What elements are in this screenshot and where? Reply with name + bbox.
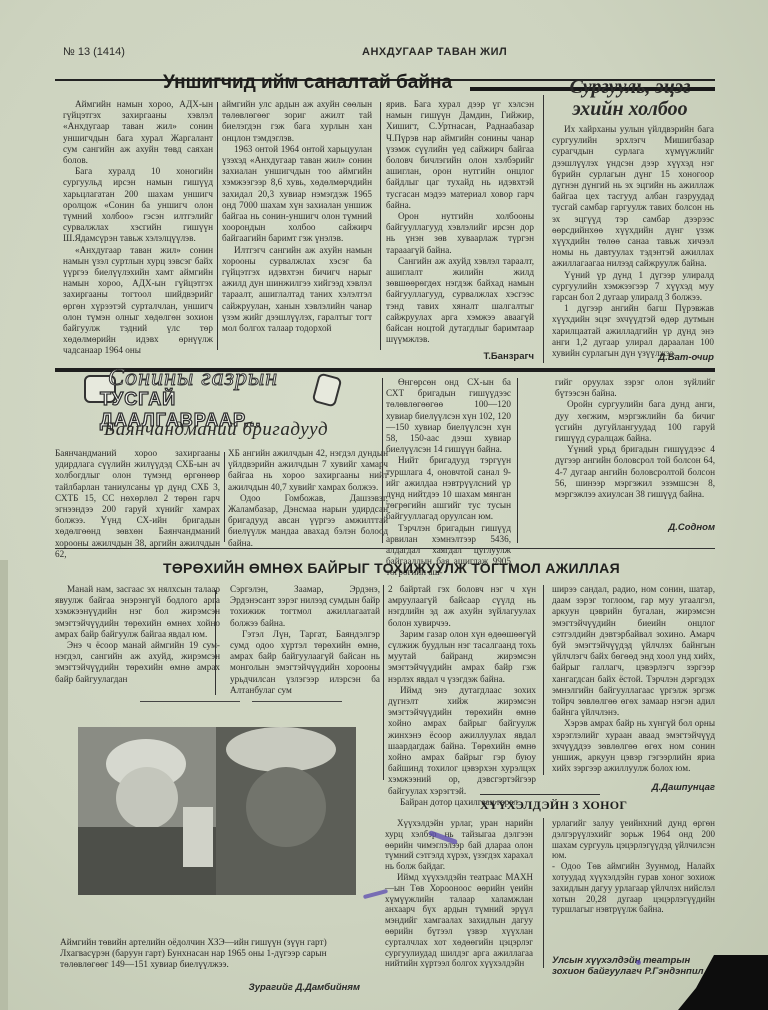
photo-seamstress-right [216, 727, 356, 895]
page-edge [0, 560, 8, 1010]
paragraph: Гэтэл Лүн, Таргат, Баяндэлгэр сумд одоо … [230, 629, 380, 696]
signature-children: Улсын хүүхэлдэйн театрын зохион байгуула… [552, 955, 715, 977]
paragraph: Үүний үр дүнд 1 дүгээр улиралд сургуулий… [552, 270, 714, 304]
newspaper-page: № 13 (1414) АНХДУГААР ТАВАН ЖИЛ Уншигчид… [0, 0, 768, 1010]
children-column-2: урлагийг залуу үеийнхний дунд өргөн дэлг… [552, 818, 715, 915]
column-divider [215, 590, 216, 695]
column-divider [380, 102, 381, 350]
column-divider [383, 585, 384, 780]
maternity-column-4: ширээ сандал, радио, ном сонин, шатар, д… [552, 584, 715, 774]
section-rule [55, 548, 715, 549]
brigade-column-2: ХБ ангийн ажилчдын 42, нэгдэл дундын үйл… [228, 448, 388, 549]
column-divider [543, 585, 544, 775]
headline-line: Сургууль, эцэг [545, 76, 715, 98]
headline-line: эхийн холбоо [545, 98, 715, 120]
headline-children: ХҮҮХЭЛДЭЙН 3 ХОНОГ [480, 798, 627, 813]
paragraph: Зарим газар олон хүн өдөөшөөгүй сүлжиж б… [388, 629, 536, 685]
section-rule [480, 794, 600, 795]
maternity-column-1: Манай нам, засгаас эх нялхсын талаар яву… [55, 584, 220, 685]
headline-maternity: ТӨРӨХИЙН ӨМНӨХ БАЙРЫГ ТОХИЖУУЛЖ ТОГТМОЛ … [163, 560, 620, 576]
signature-school: Д.Бат-очир [552, 352, 714, 363]
banner-script-text: Сонины газрын [108, 365, 278, 392]
paragraph: гийг оруулах зэрэг олон зүйлийг бүтээсэн… [555, 377, 715, 399]
issue-number: № 13 (1414) [63, 46, 125, 58]
column-divider [543, 818, 544, 968]
paragraph: «Анхдугаар таван жил» сонин намын үзэл с… [63, 245, 213, 357]
paragraph: Манай нам, засгаас эх нялхсын талаар яву… [55, 584, 220, 640]
paragraph: Үүний урьд бригадын гишүүдээс 4 дүгээр а… [555, 444, 715, 500]
paragraph: 2 байртай гэх боловч нэг ч хүн амруулааг… [388, 584, 536, 629]
paragraph: Хүүхэлдэйн урлаг, уран нарийн хурц хэлбэ… [385, 818, 533, 872]
machine-part [183, 807, 213, 867]
readers-column-1: Аймгийн намын хороо, АДХ-ын гүйцэтгэх за… [63, 99, 213, 357]
paragraph: Энэ ч ёсоор манай аймгийн 19 сум-нэгдэл,… [55, 640, 220, 685]
headline-school: Сургууль, эцэг эхийн холбоо [545, 76, 715, 120]
special-assignment-banner: Сонины газрын ТУСГАЙ ДААЛГАВРААР... [90, 367, 340, 422]
paragraph: Хэрэв амрах байр нь хүнгүй бол орны хэрэ… [552, 718, 715, 774]
maternity-column-2: Сэргэлэн, Заамар, Эрдэнэ, Эрдэнэсант зэр… [230, 584, 380, 696]
headline-readers: Уншигчид ийм саналтай байна [163, 72, 452, 94]
paragraph: Сэргэлэн, Заамар, Эрдэнэ, Эрдэнэсант зэр… [230, 584, 380, 629]
headscarf [226, 727, 336, 772]
brigade-column-1: Баянчандманий хороо захиргааны удирдлага… [55, 448, 220, 560]
paragraph: Бага хуралд 10 хоногийн сургуульд ирсэн … [63, 166, 213, 244]
paragraph: Сангийн аж ахуйд хэвлэл тараалт, ашиглал… [386, 256, 534, 346]
paragraph: Их хайрханы уулын үйлдвэрийн бага сургуу… [552, 124, 714, 270]
signature-maternity: Д.Дашпунцаг [552, 782, 715, 793]
paragraph: Өнгөрсөн онд СХ-ын ба СХТ бригадын гишүү… [386, 377, 511, 455]
paragraph: Илтгэгч сангийн аж ахуйн намын хорооны с… [222, 245, 372, 335]
column-divider [224, 452, 225, 542]
paragraph: ХБ ангийн ажилчдын 42, нэгдэл дундын үйл… [228, 448, 388, 493]
photo-seamstress-left [78, 727, 216, 895]
photo-caption: Аймгийн төвийн артелийн оёдолчин ХЗЭ—ийн… [60, 938, 360, 971]
paragraph: Нийт бригадууд тэргүүн туршлага 4, оновч… [386, 455, 511, 522]
paragraph: Аймгийн намын хороо, АДХ-ын гүйцэтгэх за… [63, 99, 213, 166]
column-divider [543, 95, 544, 363]
signature-readers: Т.Банзрагч [386, 351, 534, 362]
head [246, 767, 326, 847]
paragraph: 1 дүгээр ангийн багш Пүрэвжав хүүхдийн э… [552, 303, 714, 359]
ornament-rule [252, 701, 342, 702]
paragraph: Оройн сургуулийн бага дунд анги, дуу хөг… [555, 399, 715, 444]
readers-column-3: ярив. Бага хурал дээр үг хэлсэн намын ги… [386, 99, 534, 345]
photo-credit: Зурагийг Д.Дамбийням [200, 982, 360, 993]
paragraph: Орон нутгийн холбооны байгууллагууд хэвл… [386, 211, 534, 256]
paragraph: 1963 онтой 1964 онтой харьцуулан үзэхэд … [222, 144, 372, 245]
brigade-column-4: гийг оруулах зэрэг олон зүйлийг бүтээсэн… [555, 377, 715, 500]
ink-mark [636, 960, 641, 965]
column-divider [382, 378, 383, 543]
column-divider [217, 102, 218, 350]
paragraph: - Одоо Төв аймгийн Зуунмод, Налайх хотуу… [552, 861, 715, 915]
face [116, 767, 178, 829]
signature-brigade: Д.Содном [555, 522, 715, 533]
column-divider [517, 378, 518, 543]
headline-brigade: Баянчандманий бригадууд [104, 419, 328, 441]
readers-column-2: аймгийн улс ардын аж ахуйн сөөлын төлөвл… [222, 99, 372, 334]
school-column: Их хайрханы уулын үйлдвэрийн бага сургуу… [552, 124, 714, 359]
paragraph: ширээ сандал, радио, ном сонин, шатар, д… [552, 584, 715, 718]
paragraph: ярив. Бага хурал дээр үг хэлсэн намын ги… [386, 99, 534, 211]
paragraph: аймгийн улс ардын аж ахуйн сөөлын төлөвл… [222, 99, 372, 144]
paragraph: Одоо Гомбожав, Дашзэвэг, Жаламбазар, Дэн… [228, 493, 388, 549]
paragraph: Иймд хүүхэлдэйн театраас МАХН—ын Төв Хор… [385, 872, 533, 969]
paragraph: Баянчандманий хороо захиргааны удирдлага… [55, 448, 220, 560]
maternity-column-3: 2 байртай гэх боловч нэг ч хүн амруулааг… [388, 584, 536, 808]
newspaper-title: АНХДУГААР ТАВАН ЖИЛ [362, 46, 507, 58]
ornament-rule [140, 701, 240, 702]
paragraph: Иймд энэ дутагдлаас зохих дүгнэлт хийж ж… [388, 685, 536, 797]
paragraph: урлагийг залуу үеийнхний дунд өргөн дэлг… [552, 818, 715, 861]
children-column-1: Хүүхэлдэйн урлаг, уран нарийн хурц хэлбэ… [385, 818, 533, 969]
